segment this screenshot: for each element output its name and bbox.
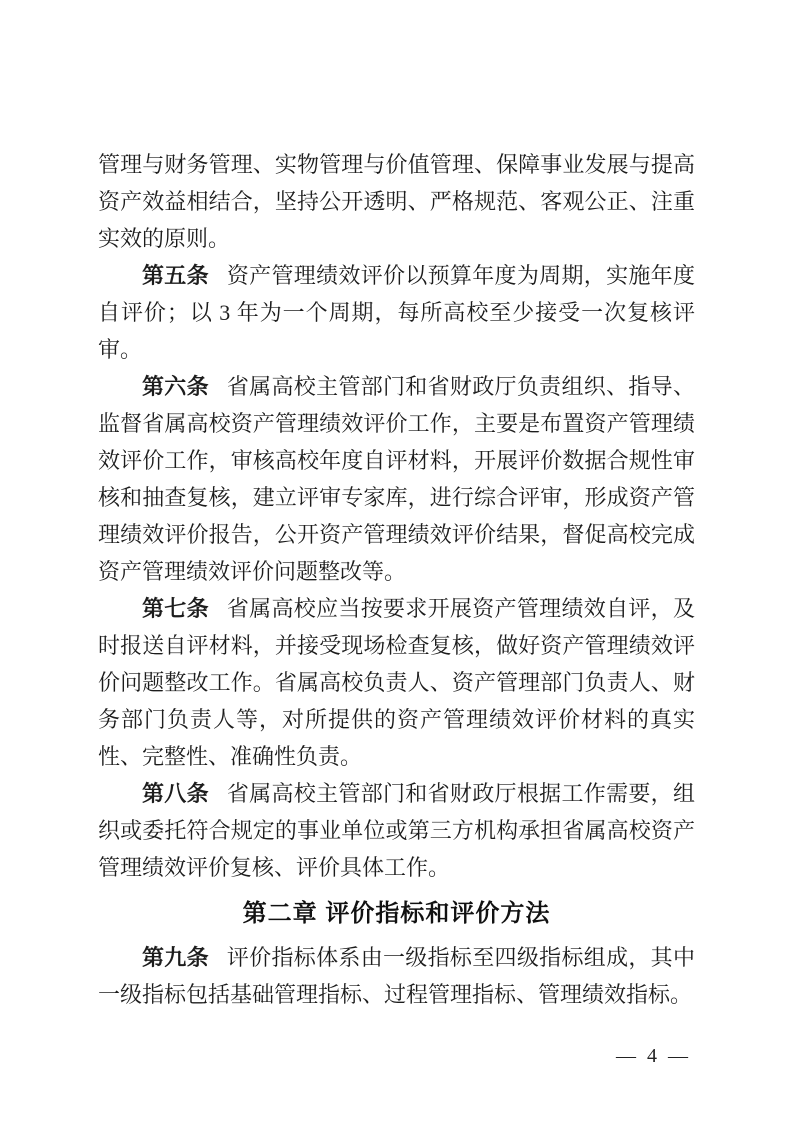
chapter-heading: 第二章 评价指标和评价方法 (98, 895, 695, 932)
article-number: 第六条 (142, 374, 209, 399)
article-text: 省属高校主管部门和省财政厅负责组织、指导、监督省属高校资产管理绩效评价工作，主要… (98, 374, 695, 584)
article-number: 第九条 (142, 945, 209, 970)
document-body: 管理与财务管理、实物管理与价值管理、保障事业发展与提高资产效益相结合，坚持公开透… (98, 146, 695, 1013)
paragraph-text: 管理与财务管理、实物管理与价值管理、保障事业发展与提高资产效益相结合，坚持公开透… (98, 152, 695, 251)
article-paragraph: 第八条 省属高校主管部门和省财政厅根据工作需要，组织或委托符合规定的事业单位或第… (98, 775, 695, 886)
page-number: — 4 — (616, 1045, 691, 1068)
document-page: 管理与财务管理、实物管理与价值管理、保障事业发展与提高资产效益相结合，坚持公开透… (0, 0, 799, 1132)
article-number: 第五条 (142, 263, 209, 288)
paragraph-continuation: 管理与财务管理、实物管理与价值管理、保障事业发展与提高资产效益相结合，坚持公开透… (98, 146, 695, 257)
article-paragraph: 第九条 评价指标体系由一级指标至四级指标组成，其中一级指标包括基础管理指标、过程… (98, 939, 695, 1013)
article-text: 省属高校应当按要求开展资产管理绩效自评，及时报送自评材料，并接受现场检查复核，做… (98, 596, 695, 769)
article-number: 第七条 (142, 596, 209, 621)
article-paragraph: 第六条 省属高校主管部门和省财政厅负责组织、指导、监督省属高校资产管理绩效评价工… (98, 368, 695, 590)
article-paragraph: 第五条 资产管理绩效评价以预算年度为周期，实施年度自评价；以 3 年为一个周期，… (98, 257, 695, 368)
article-number: 第八条 (142, 781, 209, 806)
article-paragraph: 第七条 省属高校应当按要求开展资产管理绩效自评，及时报送自评材料，并接受现场检查… (98, 590, 695, 775)
